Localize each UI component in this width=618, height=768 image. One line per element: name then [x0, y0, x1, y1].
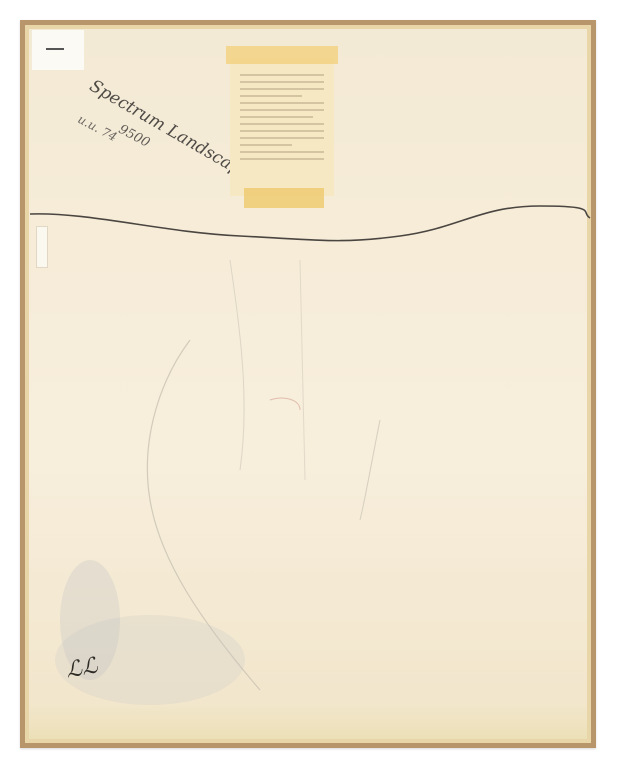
hanging-wire — [30, 206, 590, 241]
